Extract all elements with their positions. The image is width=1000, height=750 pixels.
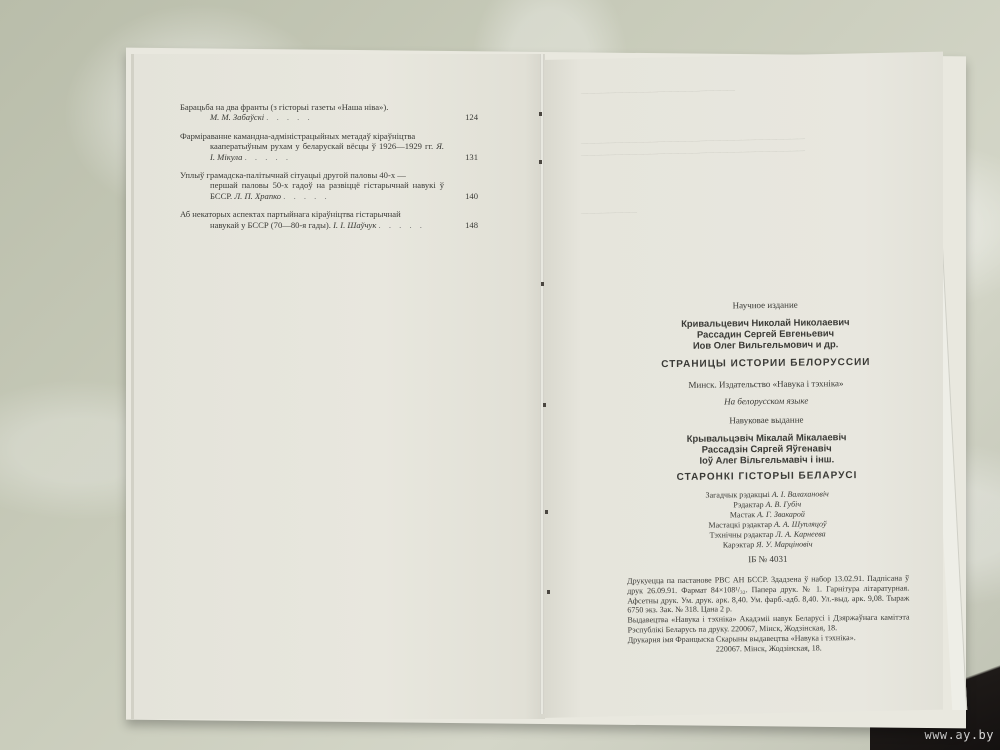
toc-page-number: 140 (465, 191, 478, 201)
credit-role: Мастак (730, 510, 755, 519)
binding-stitch (539, 112, 542, 116)
credit-name: Я. У. Марціновіч (756, 540, 812, 550)
bleed-through-text: —————————————————————— (581, 86, 735, 97)
binding-stitch (541, 282, 544, 286)
toc-entry: Барацьба на два франты (з гісторыі газет… (180, 102, 470, 123)
toc-leader: . . . . . (283, 191, 329, 201)
credit-role: Карэктар (723, 540, 754, 549)
author-line: Иов Олег Вильгельмович и др. (621, 337, 911, 351)
binding-stitch (545, 510, 548, 514)
ib-number: ІБ № 4031 (623, 552, 913, 566)
toc-title: Аб некаторых аспектах партыйнага кіраўні… (180, 209, 444, 219)
bleed-through-text: ———————————————————————————————— (581, 146, 805, 159)
toc-author: М. М. Забаўскі (210, 112, 264, 122)
edition-type-be: Навуковае выданне (621, 413, 911, 427)
print-specs: Друкуецца па пастанове РВС АН БССР. Здад… (627, 574, 909, 616)
edition-type-ru: Научное издание (620, 298, 910, 312)
table-of-contents: Барацьба на два франты (з гісторыі газет… (180, 102, 470, 238)
toc-page-number: 148 (465, 220, 478, 230)
credit-role: Мастацкі рэдактар (708, 520, 772, 530)
binding-stitch (547, 590, 550, 594)
bleed-through-text: ———————————————————————————————— (581, 134, 805, 147)
toc-page-number: 124 (465, 112, 478, 122)
credit-role: Тэхнічны рэдактар (710, 530, 774, 540)
toc-leader: . . . . . (245, 152, 291, 162)
toc-title-cont: М. М. Забаўскі . . . . . (180, 112, 444, 122)
authors-be: Крывальцэвіч Мікалай Мікалаевіч Рассадзі… (622, 430, 912, 466)
toc-leader: . . . . . (266, 112, 312, 122)
toc-entry: Аб некаторых аспектах партыйнага кіраўні… (180, 209, 470, 230)
credits: Загадчык рэдакцыі А. І. ВалахановічРэдак… (622, 488, 913, 551)
watermark: www.ay.by (924, 728, 994, 742)
credit-line: Карэктар Я. У. Марціновіч (623, 538, 913, 551)
language-note: На белорусском языке (621, 394, 911, 407)
credit-name: А. В. Губіч (766, 500, 802, 509)
print-info: Друкуецца па пастанове РВС АН БССР. Здад… (623, 573, 914, 654)
credit-name: Л. А. Карнеева (775, 529, 825, 539)
book-spine (540, 54, 544, 714)
toc-page-number: 131 (465, 152, 478, 162)
credit-role: Загадчык рэдакцыі (705, 490, 769, 500)
credit-name: А. Г. Звакарой (757, 510, 805, 519)
toc-title-cont: першай паловы 50-х гадоў на развіццё гіс… (180, 180, 444, 201)
binding-stitch (543, 403, 546, 407)
toc-leader: . . . . . (379, 220, 425, 230)
toc-title: Фарміраванне каманднa-адміністрацыйных м… (180, 131, 444, 141)
credit-name: А. І. Валахановіч (772, 489, 829, 499)
toc-title-cont: навукай у БССР (70—80-я гады). І. І. Шаў… (180, 220, 444, 230)
book-title-ru: СТРАНИЦЫ ИСТОРИИ БЕЛОРУССИИ (621, 356, 911, 370)
credit-name: А. А. Шупляцоў (774, 519, 827, 529)
toc-title-cont: кааператыўным рухам у беларускай вёсцы ў… (180, 141, 444, 162)
credit-role: Рэдактар (733, 500, 763, 509)
toc-title: Уплыў грамадска-палітычнай сітуацыі друг… (180, 170, 444, 180)
bleed-through-text: ———————— (581, 208, 637, 217)
toc-entry: Уплыў грамадска-палітычнай сітуацыі друг… (180, 170, 470, 201)
publisher-ru: Минск. Издательство «Навука і тэхніка» (621, 377, 911, 391)
toc-author: І. І. Шаўчук (333, 220, 376, 230)
book-title-be: СТАРОНКІ ГІСТОРЫІ БЕЛАРУСІ (622, 469, 912, 483)
toc-title: Барацьба на два франты (з гісторыі газет… (180, 102, 444, 112)
imprint-block: Научное издание Кривальцевич Николай Ник… (620, 298, 914, 654)
authors-ru: Кривальцевич Николай Николаевич Рассадин… (620, 315, 910, 351)
toc-author: Л. П. Храпко (234, 191, 281, 201)
binding-stitch (539, 160, 542, 164)
author-line: Іоў Алег Вільгельмавіч і інш. (622, 452, 912, 466)
toc-entry: Фарміраванне каманднa-адміністрацыйных м… (180, 131, 470, 162)
